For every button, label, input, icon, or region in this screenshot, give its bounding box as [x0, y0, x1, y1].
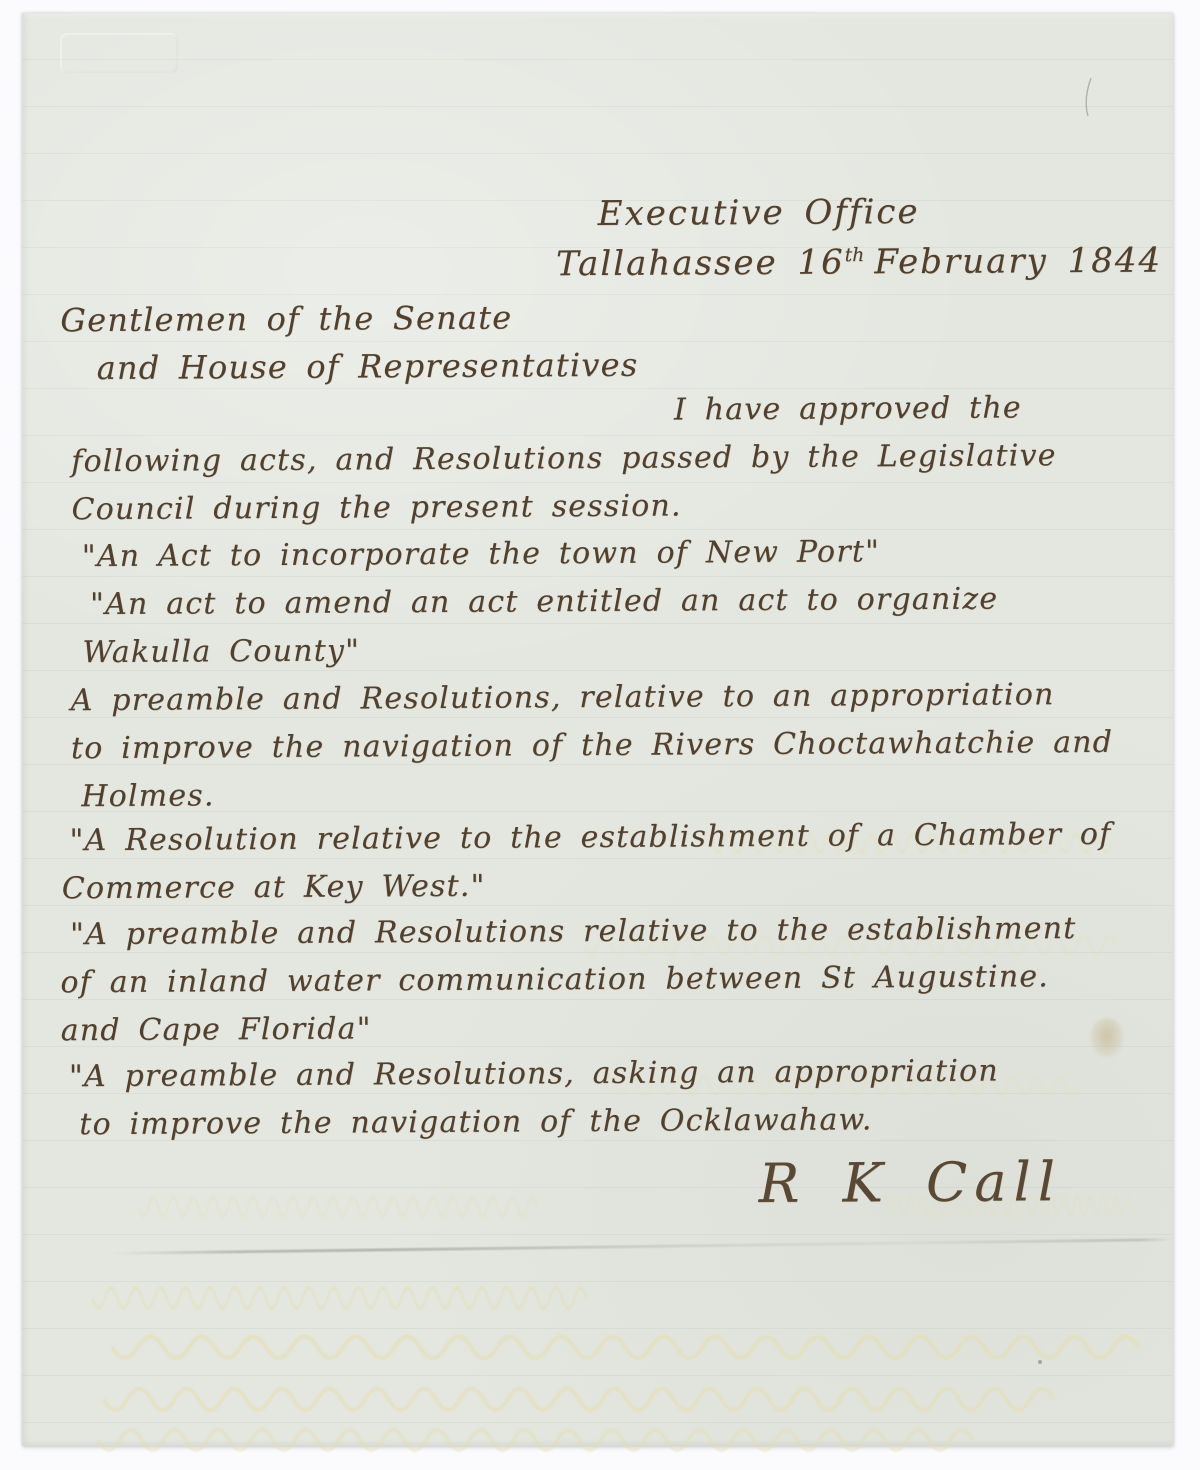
salutation-line: Gentlemen of the Senate — [60, 301, 512, 339]
letter-line: following acts, and Resolutions passed b… — [71, 439, 1057, 478]
handwriting-layer: Executive Office Tallahassee 16thFebruar… — [19, 9, 1179, 1449]
letter-line: to improve the navigation of the Ocklawa… — [79, 1103, 872, 1141]
dateline-ordinal: th — [845, 245, 865, 266]
header-dateline: Tallahassee 16thFebruary 1844 — [556, 243, 1162, 284]
letter-line: "A preamble and Resolutions, asking an a… — [69, 1055, 999, 1094]
dateline-month-year: February 1844 — [874, 241, 1162, 283]
letter-line: to improve the navigation of the Rivers … — [71, 726, 1113, 765]
salutation-line: and House of Representatives — [97, 348, 639, 386]
letter-line: Council during the present session. — [71, 489, 681, 526]
letter-line: "An Act to incorporate the town of New P… — [82, 535, 880, 573]
letter-line: "An act to amend an act entitled an act … — [90, 583, 998, 622]
letter-line: "A Resolution relative to the establishm… — [69, 818, 1111, 857]
letter-line: of an inland water communication between… — [60, 960, 1049, 999]
letter-line: Commerce at Key West." — [62, 870, 486, 906]
header-office-line: Executive Office — [598, 194, 920, 233]
letter-opening-line: I have approved the — [674, 391, 1022, 426]
signature: R K Call — [758, 1152, 1062, 1213]
letter-page: Executive Office Tallahassee 16thFebruar… — [22, 13, 1173, 1446]
letter-line: Holmes. — [81, 779, 215, 813]
letter-line: Wakulla County" — [82, 634, 360, 669]
letter-line: "A preamble and Resolutions relative to … — [70, 912, 1076, 951]
dateline-place-day: Tallahassee 16 — [556, 242, 845, 284]
letter-line: and Cape Florida" — [61, 1012, 372, 1047]
letter-line: A preamble and Resolutions, relative to … — [71, 678, 1055, 717]
